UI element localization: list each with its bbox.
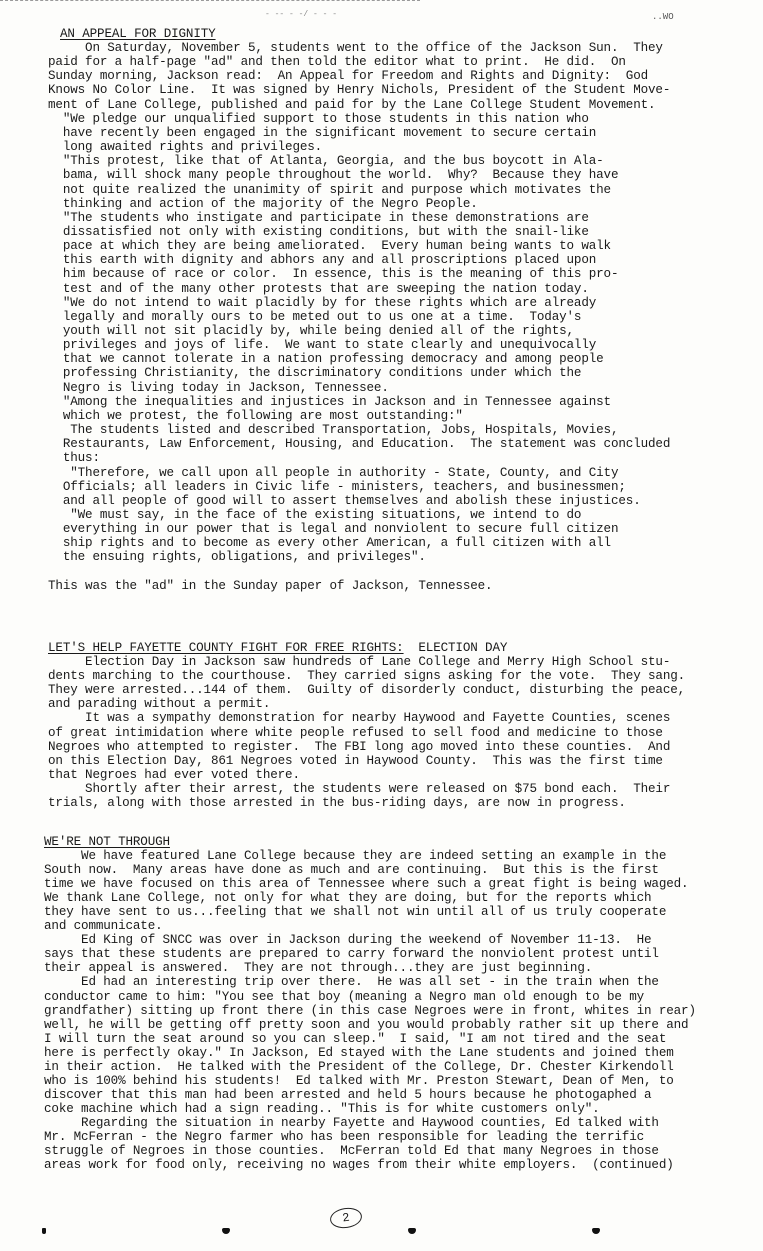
section-heading-fayette: LET'S HELP FAYETTE COUNTY FIGHT FOR FREE… xyxy=(48,641,507,655)
text-line: and all people of good will to assert th… xyxy=(48,494,641,508)
text-line: This was the "ad" in the Sunday paper of… xyxy=(48,579,492,593)
text-line: thus: xyxy=(48,451,100,465)
section-heading-fayette-suffix: ELECTION DAY xyxy=(404,641,508,655)
text-line: of great intimidation where white people… xyxy=(48,726,663,740)
binder-hole-mark xyxy=(408,1228,416,1234)
text-line: Sunday morning, Jackson read: An Appeal … xyxy=(48,69,648,83)
text-line: Knows No Color Line. It was signed by He… xyxy=(48,83,670,97)
text-line: time we have focused on this area of Ten… xyxy=(44,877,688,891)
text-line: privileges and joys of life. We want to … xyxy=(48,338,596,352)
text-line: I will turn the seat around so you can s… xyxy=(44,1032,666,1046)
text-line: "Therefore, we call upon all people in a… xyxy=(48,466,618,480)
text-line: long awaited rights and privileges. xyxy=(48,140,322,154)
text-line: him because of race or color. In essence… xyxy=(48,267,618,281)
text-line: professing Christianity, the discriminat… xyxy=(48,366,581,380)
faint-bleedthrough-text: - -- - -/ - - - xyxy=(265,10,337,19)
text-line: this earth with dignity and abhors any a… xyxy=(48,253,596,267)
perforation-edge xyxy=(0,0,420,1)
text-line: discover that this man had been arrested… xyxy=(44,1088,651,1102)
text-line: Regarding the situation in nearby Fayett… xyxy=(44,1116,659,1130)
text-line: their appeal is answered. They are not t… xyxy=(44,961,592,975)
text-line: not quite realized the unanimity of spir… xyxy=(48,183,611,197)
text-line: in their action. He talked with the Pres… xyxy=(44,1060,674,1074)
text-line: coke machine which had a sign reading.. … xyxy=(44,1102,600,1116)
binder-hole-mark xyxy=(42,1228,46,1234)
text-line: the ensuing rights, obligations, and pri… xyxy=(48,550,426,564)
section-heading-appeal: AN APPEAL FOR DIGNITY xyxy=(60,27,216,41)
text-line: Ed King of SNCC was over in Jackson duri… xyxy=(44,933,651,947)
text-line: grandfather) sitting up front there (in … xyxy=(44,1004,696,1018)
text-line: Officials; all leaders in Civic life - m… xyxy=(48,480,626,494)
text-line: youth will not sit placidly by, while be… xyxy=(48,324,574,338)
text-line: pace at which they are being ameliorated… xyxy=(48,239,611,253)
text-line: We have featured Lane College because th… xyxy=(44,849,666,863)
text-line: who is 100% behind his students! Ed talk… xyxy=(44,1074,674,1088)
text-line: and communicate. xyxy=(44,919,163,933)
text-line: trials, along with those arrested in the… xyxy=(48,796,626,810)
text-line: bama, will shock many people throughout … xyxy=(48,168,618,182)
text-line: which we protest, the following are most… xyxy=(48,409,463,423)
text-line: On Saturday, November 5, students went t… xyxy=(48,41,663,55)
text-line: test and of the many other protests that… xyxy=(48,282,589,296)
section-heading-not-through: WE'RE NOT THROUGH xyxy=(44,835,170,849)
text-line: "This protest, like that of Atlanta, Geo… xyxy=(48,154,604,168)
text-line: conductor came to him: "You see that boy… xyxy=(44,990,644,1004)
text-line: struggle of Negroes in those counties. M… xyxy=(44,1144,659,1158)
text-line: says that these students are prepared to… xyxy=(44,947,659,961)
header-mark: ..WO xyxy=(652,12,674,22)
text-line: they have sent to us...feeling that we s… xyxy=(44,905,666,919)
text-line: Election Day in Jackson saw hundreds of … xyxy=(48,655,670,669)
text-line: here is perfectly okay." In Jackson, Ed … xyxy=(44,1046,674,1060)
text-line: Mr. McFerran - the Negro farmer who has … xyxy=(44,1130,644,1144)
text-line: on this Election Day, 861 Negroes voted … xyxy=(48,754,663,768)
text-line: ment of Lane College, published and paid… xyxy=(48,98,655,112)
text-line: "We pledge our unqualified support to th… xyxy=(48,112,589,126)
text-line: dents marching to the courthouse. They c… xyxy=(48,669,685,683)
text-line: Ed had an interesting trip over there. H… xyxy=(44,975,659,989)
text-line: Restaurants, Law Enforcement, Housing, a… xyxy=(48,437,670,451)
text-line: "Among the inequalities and injustices i… xyxy=(48,395,611,409)
text-line: and parading without a permit. xyxy=(48,697,270,711)
text-line: paid for a half-page "ad" and then told … xyxy=(48,55,626,69)
text-line: "We must say, in the face of the existin… xyxy=(48,508,581,522)
text-line: legally and morally ours to be meted out… xyxy=(48,310,581,324)
page-number: 2 xyxy=(329,1206,363,1230)
text-line: South now. Many areas have done as much … xyxy=(44,863,659,877)
text-line: "The students who instigate and particip… xyxy=(48,211,589,225)
binder-hole-mark xyxy=(592,1228,600,1234)
text-line: We thank Lane College, not only for what… xyxy=(44,891,651,905)
text-line: The students listed and described Transp… xyxy=(48,423,618,437)
text-line: have recently been engaged in the signif… xyxy=(48,126,596,140)
document-page: - -- - -/ - - - ..WO AN APPEAL FOR DIGNI… xyxy=(0,0,763,1251)
text-line: "We do not intend to wait placidly by fo… xyxy=(48,296,596,310)
binder-hole-mark xyxy=(222,1228,230,1234)
text-line: thinking and action of the majority of t… xyxy=(48,197,478,211)
text-line: that we cannot tolerate in a nation prof… xyxy=(48,352,604,366)
text-line: Shortly after their arrest, the students… xyxy=(48,782,670,796)
section-heading-fayette-title: LET'S HELP FAYETTE COUNTY FIGHT FOR FREE… xyxy=(48,641,404,655)
text-line: everything in our power that is legal an… xyxy=(48,522,618,536)
text-line: well, he will be getting off pretty soon… xyxy=(44,1018,688,1032)
text-line: It was a sympathy demonstration for near… xyxy=(48,711,670,725)
text-line: Negro is living today in Jackson, Tennes… xyxy=(48,381,389,395)
text-line: dissatisfied not only with existing cond… xyxy=(48,225,589,239)
text-line: that Negroes had ever voted there. xyxy=(48,768,300,782)
text-line: ship rights and to become as every other… xyxy=(48,536,611,550)
text-line: Negroes who attempted to register. The F… xyxy=(48,740,670,754)
text-line: They were arrested...144 of them. Guilty… xyxy=(48,683,685,697)
text-line: areas work for food only, receiving no w… xyxy=(44,1158,674,1172)
